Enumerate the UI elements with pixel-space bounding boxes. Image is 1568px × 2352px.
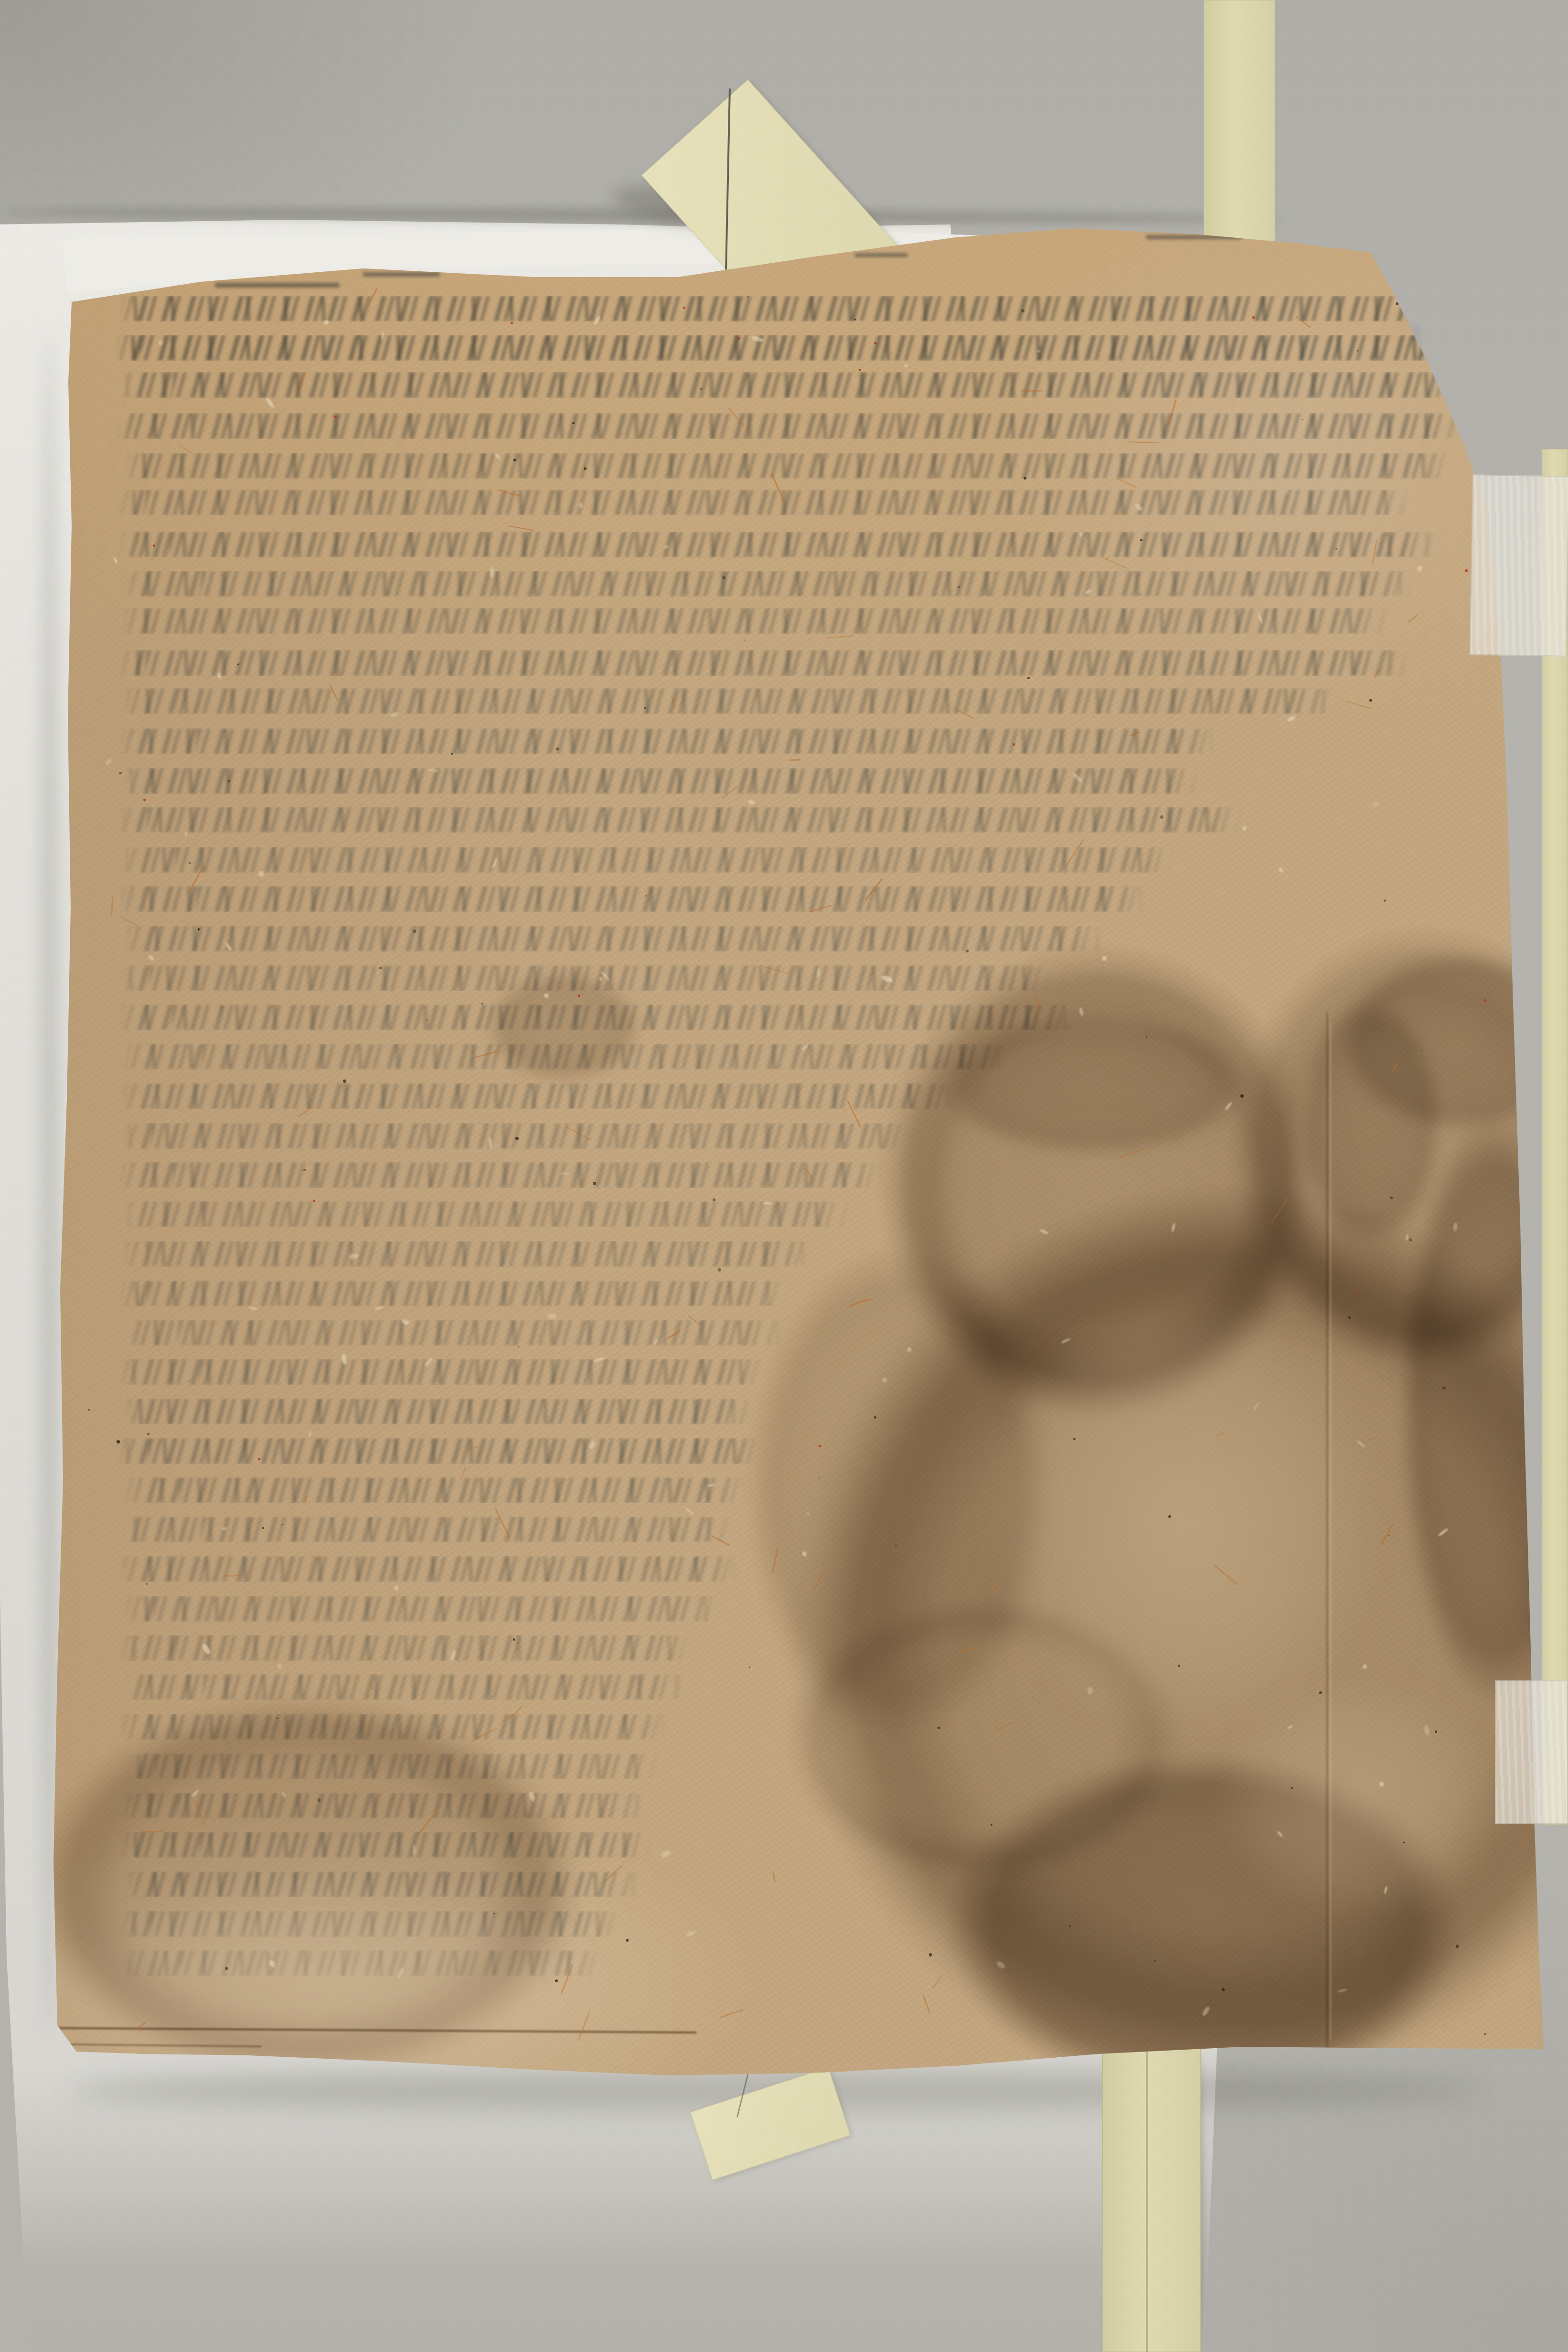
hinge-tape-upper: [1470, 474, 1568, 656]
manuscript-photo-stage: [0, 0, 1568, 2352]
hinge-tape-lower: [1495, 1680, 1568, 1824]
tape-layer-over: [0, 0, 1568, 2352]
